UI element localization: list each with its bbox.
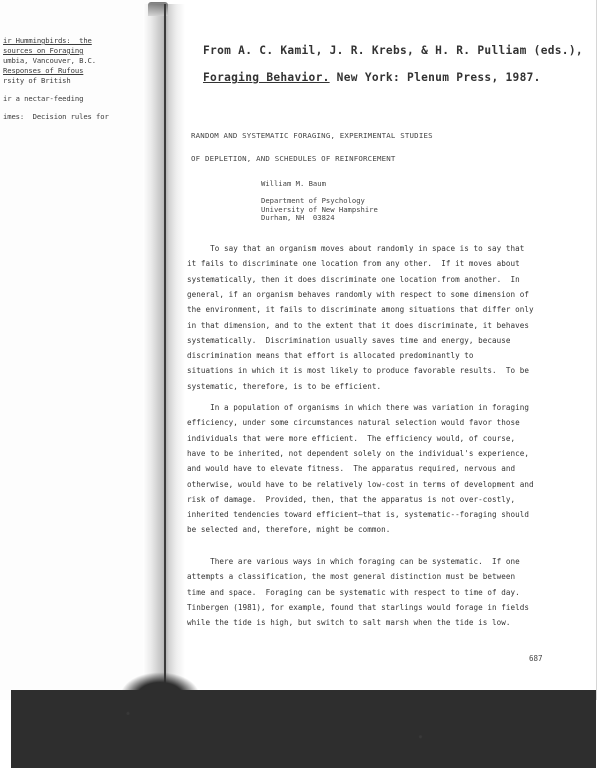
article-title-line-2: OF DEPLETION, AND SCHEDULES OF REINFORCE… (191, 154, 396, 163)
article-title-line-1: RANDOM AND SYSTEMATIC FORAGING, EXPERIME… (191, 131, 433, 140)
scanner-bed-background (11, 690, 596, 768)
body-text-line: time and space. Foraging can be systemat… (187, 588, 520, 597)
left-fragment-line: imes: Decision rules for (3, 112, 109, 122)
page-number: 687 (529, 654, 543, 663)
body-text-line: systematically. Discrimination usually s… (187, 336, 511, 345)
page-edge (596, 0, 597, 700)
affiliation-address: Durham, NH 03824 (261, 214, 335, 223)
publisher-info: New York: Plenum Press, 1987. (330, 71, 541, 84)
left-fragment-line: umbia, Vancouver, B.C. (3, 56, 96, 66)
body-text-line: attempts a classification, the most gene… (187, 572, 515, 581)
body-text-line: otherwise, would have to be relatively l… (187, 480, 534, 489)
body-text-line: the environment, it fails to discriminat… (187, 305, 534, 314)
body-text-line: be selected and, therefore, might be com… (187, 525, 390, 534)
body-text-line: it fails to discriminate one location fr… (187, 259, 520, 268)
book-spine-line (164, 4, 166, 694)
left-fragment-line: rsity of British (3, 76, 71, 86)
body-text-line: while the tide is high, but switch to sa… (187, 618, 511, 627)
body-text-line: general, if an organism behaves randomly… (187, 290, 529, 299)
body-text-line: There are various ways in which foraging… (187, 557, 520, 566)
body-text-line: To say that an organism moves about rand… (187, 244, 524, 253)
left-fragment-line: Responses of Rufous (3, 66, 83, 76)
body-text-line: have to be inherited, not dependent sole… (187, 449, 529, 458)
citation-line-2: Foraging Behavior. New York: Plenum Pres… (203, 71, 541, 84)
body-text-line: risk of damage. Provided, then, that the… (187, 495, 515, 504)
citation-line-1: From A. C. Kamil, J. R. Krebs, & H. R. P… (203, 44, 583, 57)
body-text-line: inherited tendencies toward efficient—th… (187, 510, 529, 519)
body-text-line: individuals that were more efficient. Th… (187, 434, 515, 443)
left-fragment-line: ir Hummingbirds: the (3, 36, 92, 46)
body-text-line: in that dimension, and to the extent tha… (187, 321, 529, 330)
body-text-line: efficiency, under some circumstances nat… (187, 418, 520, 427)
body-text-line: systematic, therefore, is to be efficien… (187, 382, 381, 391)
body-text-line: systematically, then it does discriminat… (187, 275, 520, 284)
body-text-line: situations in which it is most likely to… (187, 366, 529, 375)
left-page (0, 0, 150, 700)
body-text-line: discrimination means that effort is allo… (187, 351, 474, 360)
left-fragment-line: ir a nectar-feeding (3, 94, 83, 104)
author-name: William M. Baum (261, 180, 326, 189)
body-text-line: In a population of organisms in which th… (187, 403, 529, 412)
book-title: Foraging Behavior. (203, 71, 330, 84)
body-text-line: and would have to elevate fitness. The a… (187, 464, 515, 473)
left-fragment-line: sources on Foraging (3, 46, 83, 56)
body-text-line: Tinbergen (1981), for example, found tha… (187, 603, 529, 612)
